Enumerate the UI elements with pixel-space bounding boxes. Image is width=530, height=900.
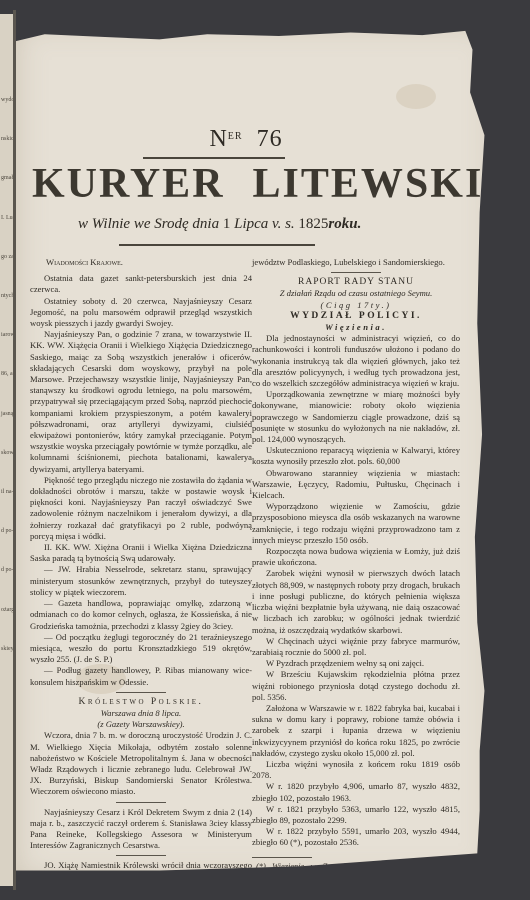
issue-number: NER 76 bbox=[16, 126, 476, 153]
footnote: (*) Więzienie w Zamościu oddano pod admi… bbox=[252, 862, 460, 894]
newspaper-title: KURYERLITEWSKI bbox=[32, 160, 462, 208]
adjacent-page-line: iarow bbox=[1, 331, 13, 340]
article-paragraph: — Podług gazety handlowey, P. Ribas mian… bbox=[30, 665, 252, 687]
article-paragraph: W r. 1822 przybyło 5591, umarło 203, wys… bbox=[252, 826, 460, 848]
article-paragraph: Wyporządzono więzienie w Zamościu, gdzie… bbox=[252, 501, 460, 546]
dateline-year: 1825 bbox=[298, 216, 328, 232]
article-paragraph: — Gazeta handlowa, poprawiając omyłkę, z… bbox=[30, 598, 252, 632]
adjacent-page-line: jasną bbox=[1, 410, 13, 419]
section-divider bbox=[116, 855, 166, 856]
left-column: Wiadomości Krajowe. Ostatnia data gazet … bbox=[30, 257, 252, 883]
adjacent-page-line: ożarg bbox=[1, 606, 13, 615]
article-paragraph: W r. 1820 przybyło 4,906, umarło 87, wys… bbox=[252, 781, 460, 803]
adjacent-page-line: il na- bbox=[1, 488, 13, 497]
section-divider bbox=[116, 692, 166, 693]
article-paragraph: Dla jednostayności w administracyi więzi… bbox=[252, 333, 460, 389]
dateline-roku: roku. bbox=[328, 216, 361, 232]
adjacent-page-line: gmała bbox=[1, 174, 13, 183]
section-heading-domestic-news: Wiadomości Krajowe. bbox=[30, 257, 252, 268]
adjacent-page-line: wydo- bbox=[1, 96, 13, 105]
article-paragraph: W Pyzdrach przędzeniem wełny są oni zaję… bbox=[252, 658, 460, 669]
report-subheading: Z działań Rządu od czasu ostatniego Seym… bbox=[252, 288, 460, 299]
adjacent-page-fragment: wydo-nskichgmałaI. Lu-go zantychiarow86,… bbox=[0, 14, 14, 886]
dateline-day: 1 bbox=[223, 216, 231, 232]
issue-prefix: N bbox=[209, 126, 227, 152]
adjacent-page-line: 86, a bbox=[1, 370, 13, 379]
adjacent-page-line: d po- bbox=[1, 566, 13, 575]
footnote-rule bbox=[252, 857, 312, 858]
article-paragraph: Ostatnia data gazet sankt-petersburskich… bbox=[30, 273, 252, 295]
kingdom-source: (z Gazety Warszawskiey). bbox=[30, 719, 252, 730]
article-paragraph: Założona w Warszawie w r. 1822 fabryka b… bbox=[252, 703, 460, 759]
masthead-rule-bottom bbox=[119, 244, 315, 246]
article-paragraph: Uporządkowania zewnętrzne w miarę możnoś… bbox=[252, 389, 460, 445]
article-paragraph: Obwarowano staranniey więzienia w miasta… bbox=[252, 468, 460, 502]
dateline-month: Lipca bbox=[234, 216, 268, 232]
article-paragraph: Zarobek więźni wynosił w pierwszych dwóc… bbox=[252, 568, 460, 635]
title-word-kuryer: KURYER bbox=[32, 161, 225, 207]
adjacent-page-line: skow bbox=[1, 449, 13, 458]
article-paragraph: Ostatniey soboty d. 20 czerwca, Nayjaśni… bbox=[30, 296, 252, 330]
article-paragraph: W r. 1821 przybyło 5363, umarło 122, wys… bbox=[252, 804, 460, 826]
section-divider bbox=[331, 272, 381, 273]
article-continuation: jewództw Podlaskiego, Lubelskiego i Sand… bbox=[252, 257, 460, 268]
article-paragraph: Uskuteczniono reparacyą więzienia w Kalw… bbox=[252, 445, 460, 467]
article-paragraph: Nayjaśnieyszy Cesarz i Król Dekretem Swy… bbox=[30, 807, 252, 852]
dateline-place: w Wilnie we Srodę dnia bbox=[78, 216, 219, 232]
department-heading: WYDZIAŁ POLICYI. bbox=[252, 311, 460, 322]
adjacent-page-line: d po- bbox=[1, 527, 13, 536]
article-paragraph: Piękność tego przeglądu niczego nie zost… bbox=[30, 475, 252, 542]
adjacent-page-line: I. Lu- bbox=[1, 214, 13, 223]
newspaper-page: NER 76 KURYERLITEWSKI w Wilnie we Srodę … bbox=[16, 24, 494, 879]
report-continuation-note: (Ciąg 17ty.) bbox=[252, 300, 460, 311]
paper-stain bbox=[396, 84, 436, 109]
issue-prefix-sup: ER bbox=[228, 131, 243, 142]
article-paragraph: — JW. Hrabia Nesselrode, sekretarz stanu… bbox=[30, 564, 252, 598]
section-heading-kingdom-of-poland: Królestwo Polskie. bbox=[30, 697, 252, 708]
dateline: w Wilnie we Srodę dnia 1 Lipca v. s. 182… bbox=[78, 216, 361, 233]
article-paragraph: — Od początku żeglugi tegorocznéy do 21 … bbox=[30, 632, 252, 666]
right-column: jewództw Podlaskiego, Lubelskiego i Sand… bbox=[252, 257, 460, 893]
page-binding-spine bbox=[13, 10, 16, 890]
article-paragraph: II. KK. WW. Xiężna Oranii i Wielka Xiężn… bbox=[30, 542, 252, 564]
section-divider bbox=[116, 802, 166, 803]
article-paragraph: Rozpoczęta nowa budowa więzienia w Łomży… bbox=[252, 546, 460, 568]
kingdom-place-date: Warszawa dnia 8 lipca. bbox=[30, 708, 252, 719]
article-paragraph: JO. Xiążę Namiestnik Królewski wrócił dn… bbox=[30, 860, 252, 882]
adjacent-page-line: skiey bbox=[1, 645, 13, 654]
article-paragraph: W Brześciu Kujawskim rękodzielnia płótna… bbox=[252, 669, 460, 703]
article-paragraph: Wczora, dnia 7 b. m. w doroczną uroczyst… bbox=[30, 730, 252, 797]
article-paragraph: Liczba więźni wynosiła z końcem roku 181… bbox=[252, 759, 460, 781]
report-heading: RAPORT RADY STANU bbox=[252, 277, 460, 288]
issue-number-value: 76 bbox=[257, 126, 283, 152]
adjacent-page-line: ntych bbox=[1, 292, 13, 301]
article-paragraph: Nayjaśnieyszy Pan, o godzinie 7 zrana, w… bbox=[30, 329, 252, 475]
adjacent-page-line: go za bbox=[1, 253, 13, 262]
department-subheading: Więzienia. bbox=[252, 322, 460, 333]
adjacent-page-text: wydo-nskichgmałaI. Lu-go zantychiarow86,… bbox=[0, 14, 13, 654]
masthead-rule-top bbox=[143, 157, 285, 159]
adjacent-page-line: nskich bbox=[1, 135, 13, 144]
dateline-style: v. s. bbox=[272, 216, 295, 232]
title-word-litewski: LITEWSKI bbox=[253, 161, 484, 207]
article-paragraph: W Chęcinach użyci więźnie przy fabryce m… bbox=[252, 636, 460, 658]
